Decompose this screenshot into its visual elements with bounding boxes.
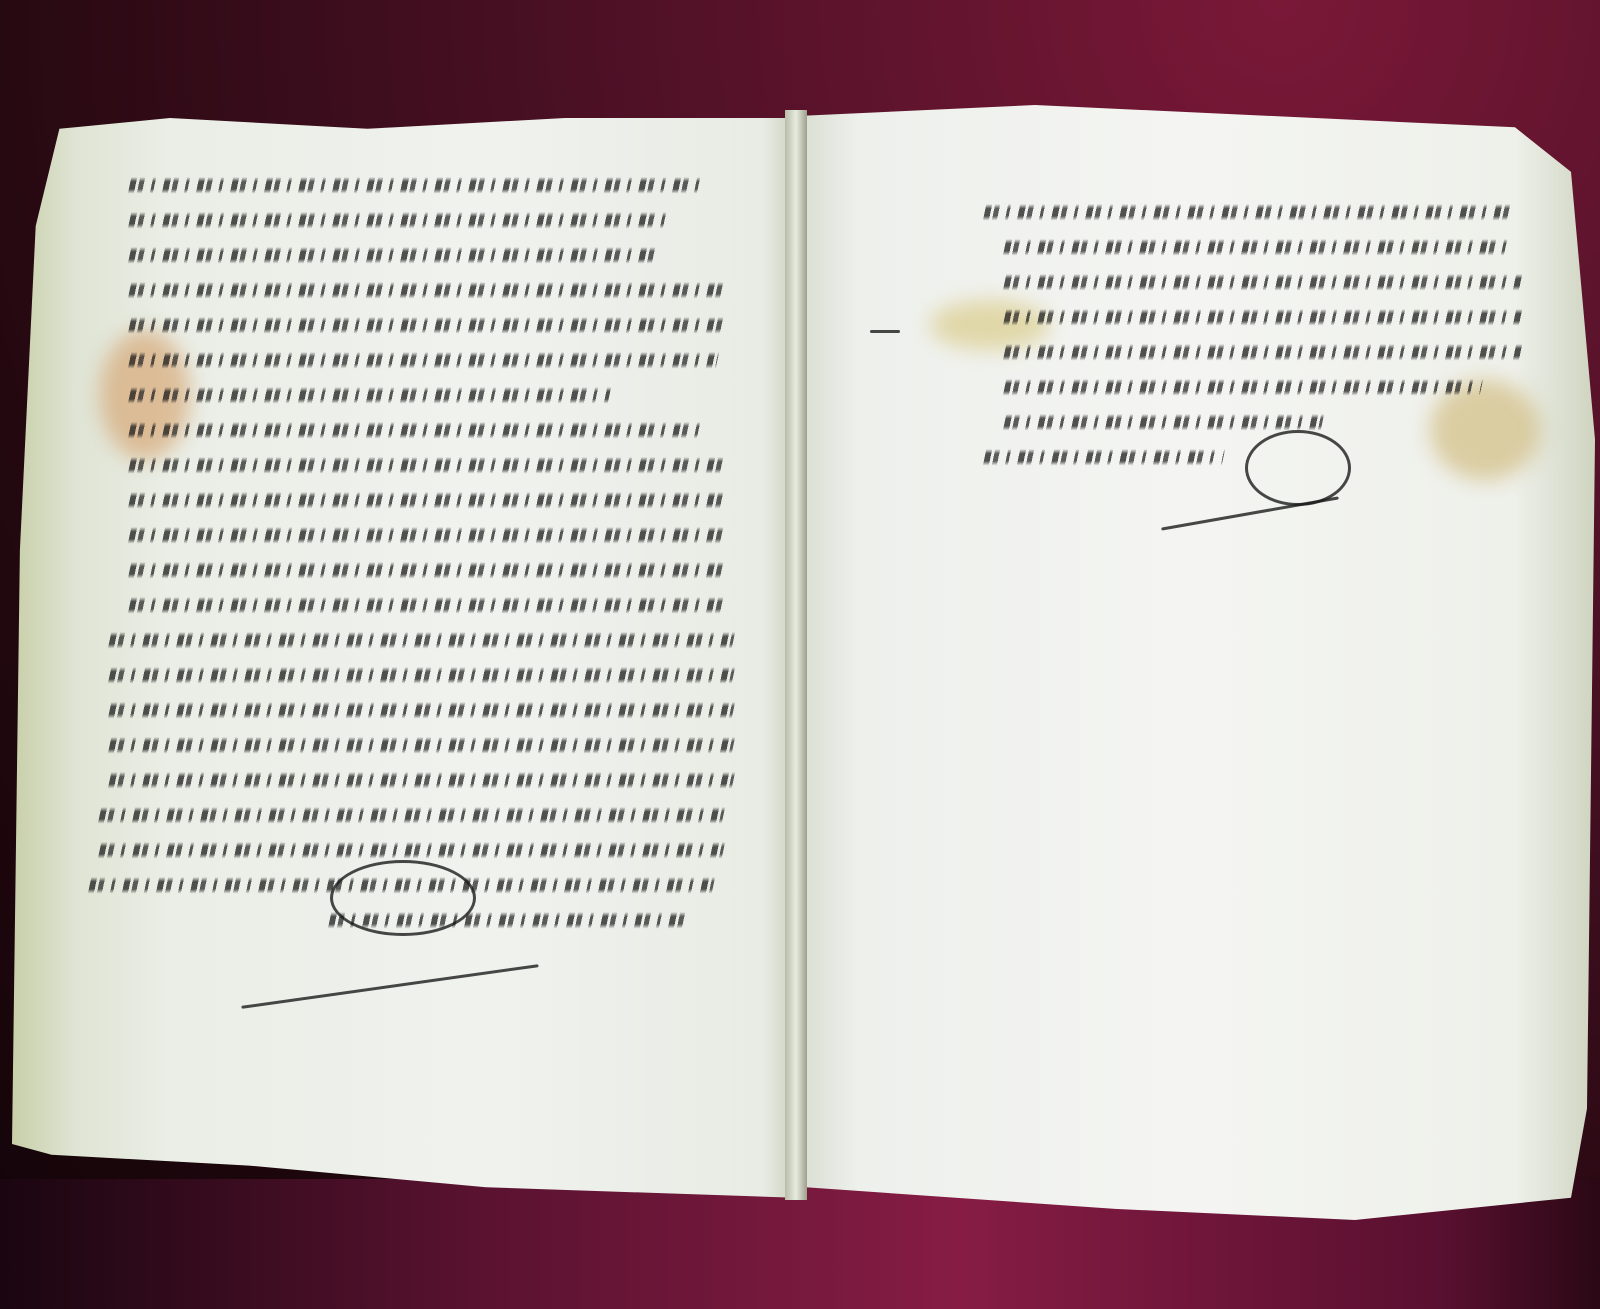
handwriting-line [127,518,733,548]
handwriting-line [107,728,737,758]
left-page-text [130,168,730,938]
handwriting-line [127,588,733,618]
handwriting-line [1002,300,1528,330]
handwriting-line [97,798,727,828]
handwriting-line [1002,405,1326,435]
handwriting-line [107,693,737,723]
handwriting-line [1002,265,1528,295]
left-signature-flourish [330,860,476,936]
handwriting-line [127,168,709,198]
book-spine [785,110,807,1200]
handwriting-line [1002,230,1517,260]
handwriting-line [127,413,703,443]
handwriting-line [127,378,613,408]
handwriting-line [127,203,673,233]
handwriting-line [127,273,733,303]
handwriting-line [127,448,733,478]
handwriting-line [982,195,1518,225]
handwriting-line [127,308,733,338]
margin-dash [870,330,900,333]
handwriting-line [97,833,727,863]
right-page-text [985,195,1515,475]
handwriting-line [127,483,733,513]
handwriting-line [127,238,661,268]
handwriting-line [127,343,721,373]
handwriting-line [127,553,733,583]
right-signature-flourish [1245,430,1351,506]
handwriting-line [107,763,737,793]
handwriting-line [107,623,737,653]
handwriting-line [107,658,737,688]
handwriting-line [1002,370,1485,400]
manuscript-book [0,0,1600,1309]
handwriting-line [982,440,1227,470]
handwriting-line [1002,335,1528,365]
